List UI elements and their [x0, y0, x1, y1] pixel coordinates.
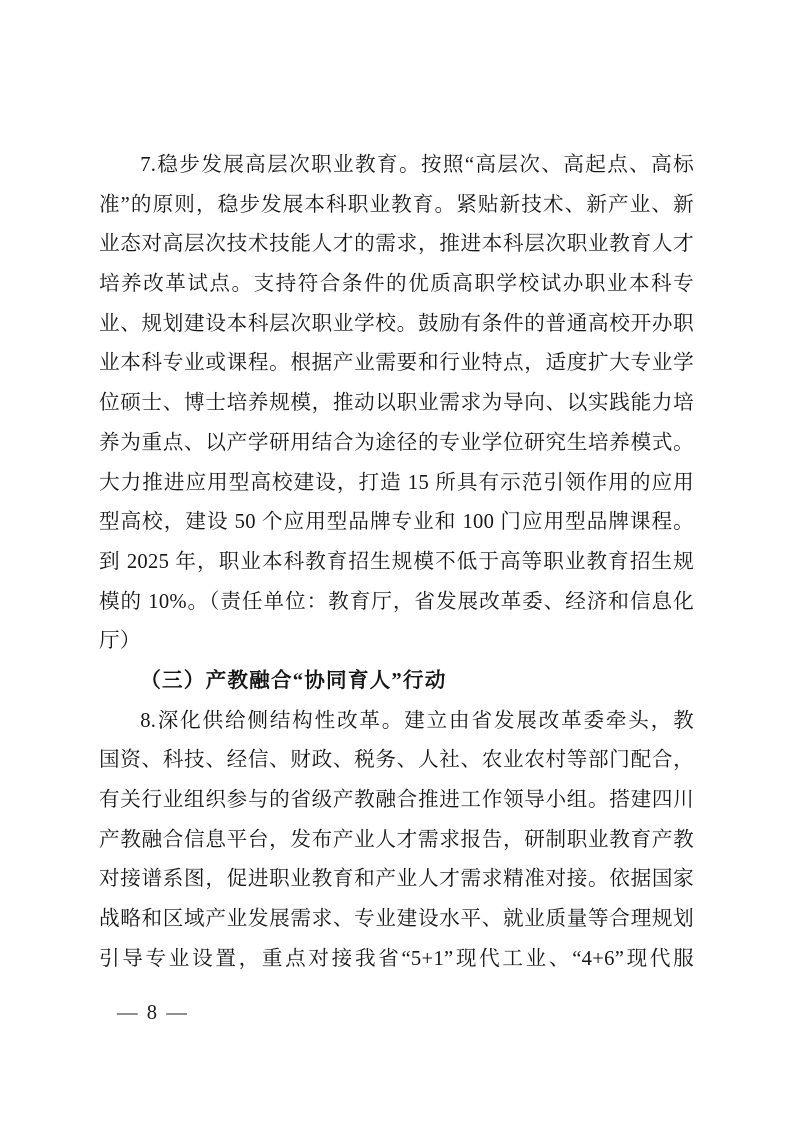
body-text-line: 养为重点、以产学研用结合为途径的专业学位研究生培养模式。 — [99, 424, 694, 464]
document-body-text: 7.稳步发展高层次职业教育。按照“高层次、高起点、高标准”的原则，稳步发展本科职… — [99, 146, 694, 979]
body-text-line: 有关行业组织参与的省级产教融合推进工作领导小组。搭建四川 — [99, 781, 694, 821]
body-text-line: 产教融合信息平台，发布产业人才需求报告，研制职业教育产教 — [99, 821, 694, 861]
body-text-line: 准”的原则，稳步发展本科职业教育。紧贴新技术、新产业、新 — [99, 186, 694, 226]
body-text-line: 大力推进应用型高校建设，打造 15 所具有示范引领作用的应用 — [99, 464, 694, 504]
body-text-line: 7.稳步发展高层次职业教育。按照“高层次、高起点、高标 — [99, 146, 694, 186]
body-text-line: 位硕士、博士培养规模，推动以职业需求为导向、以实践能力培 — [99, 384, 694, 424]
body-text-line: 8.深化供给侧结构性改革。建立由省发展改革委牵头，教育、 — [99, 702, 694, 742]
body-text-line: 到 2025 年，职业本科教育招生规模不低于高等职业教育招生规 — [99, 543, 694, 583]
body-text-line: 战略和区域产业发展需求、专业建设水平、就业质量等合理规划 — [99, 900, 694, 940]
body-text-line: 模的 10%。（责任单位：教育厅，省发展改革委、经济和信息化 — [99, 583, 694, 623]
body-text-line: 业态对高层次技术技能人才的需求，推进本科层次职业教育人才 — [99, 225, 694, 265]
body-text-line: 厅） — [99, 622, 694, 662]
body-text-line: 对接谱系图，促进职业教育和产业人才需求精准对接。依据国家 — [99, 860, 694, 900]
document-page: 7.稳步发展高层次职业教育。按照“高层次、高起点、高标准”的原则，稳步发展本科职… — [0, 0, 793, 1122]
body-text-line: 型高校，建设 50 个应用型品牌专业和 100 门应用型品牌课程。 — [99, 503, 694, 543]
body-text-line: 业本科专业或课程。根据产业需要和行业特点，适度扩大专业学 — [99, 344, 694, 384]
body-text-line: 国资、科技、经信、财政、税务、人社、农业农村等部门配合， — [99, 741, 694, 781]
section-heading: （三）产教融合“协同育人”行动 — [99, 662, 694, 702]
body-text-line: 培养改革试点。支持符合条件的优质高职学校试办职业本科专 — [99, 265, 694, 305]
page-number: — 8 — — [117, 999, 189, 1027]
body-text-line: 引导专业设置，重点对接我省“5+1”现代工业、“4+6”现代服 — [99, 940, 694, 980]
body-text-line: 业、规划建设本科层次职业学校。鼓励有条件的普通高校开办职 — [99, 305, 694, 345]
